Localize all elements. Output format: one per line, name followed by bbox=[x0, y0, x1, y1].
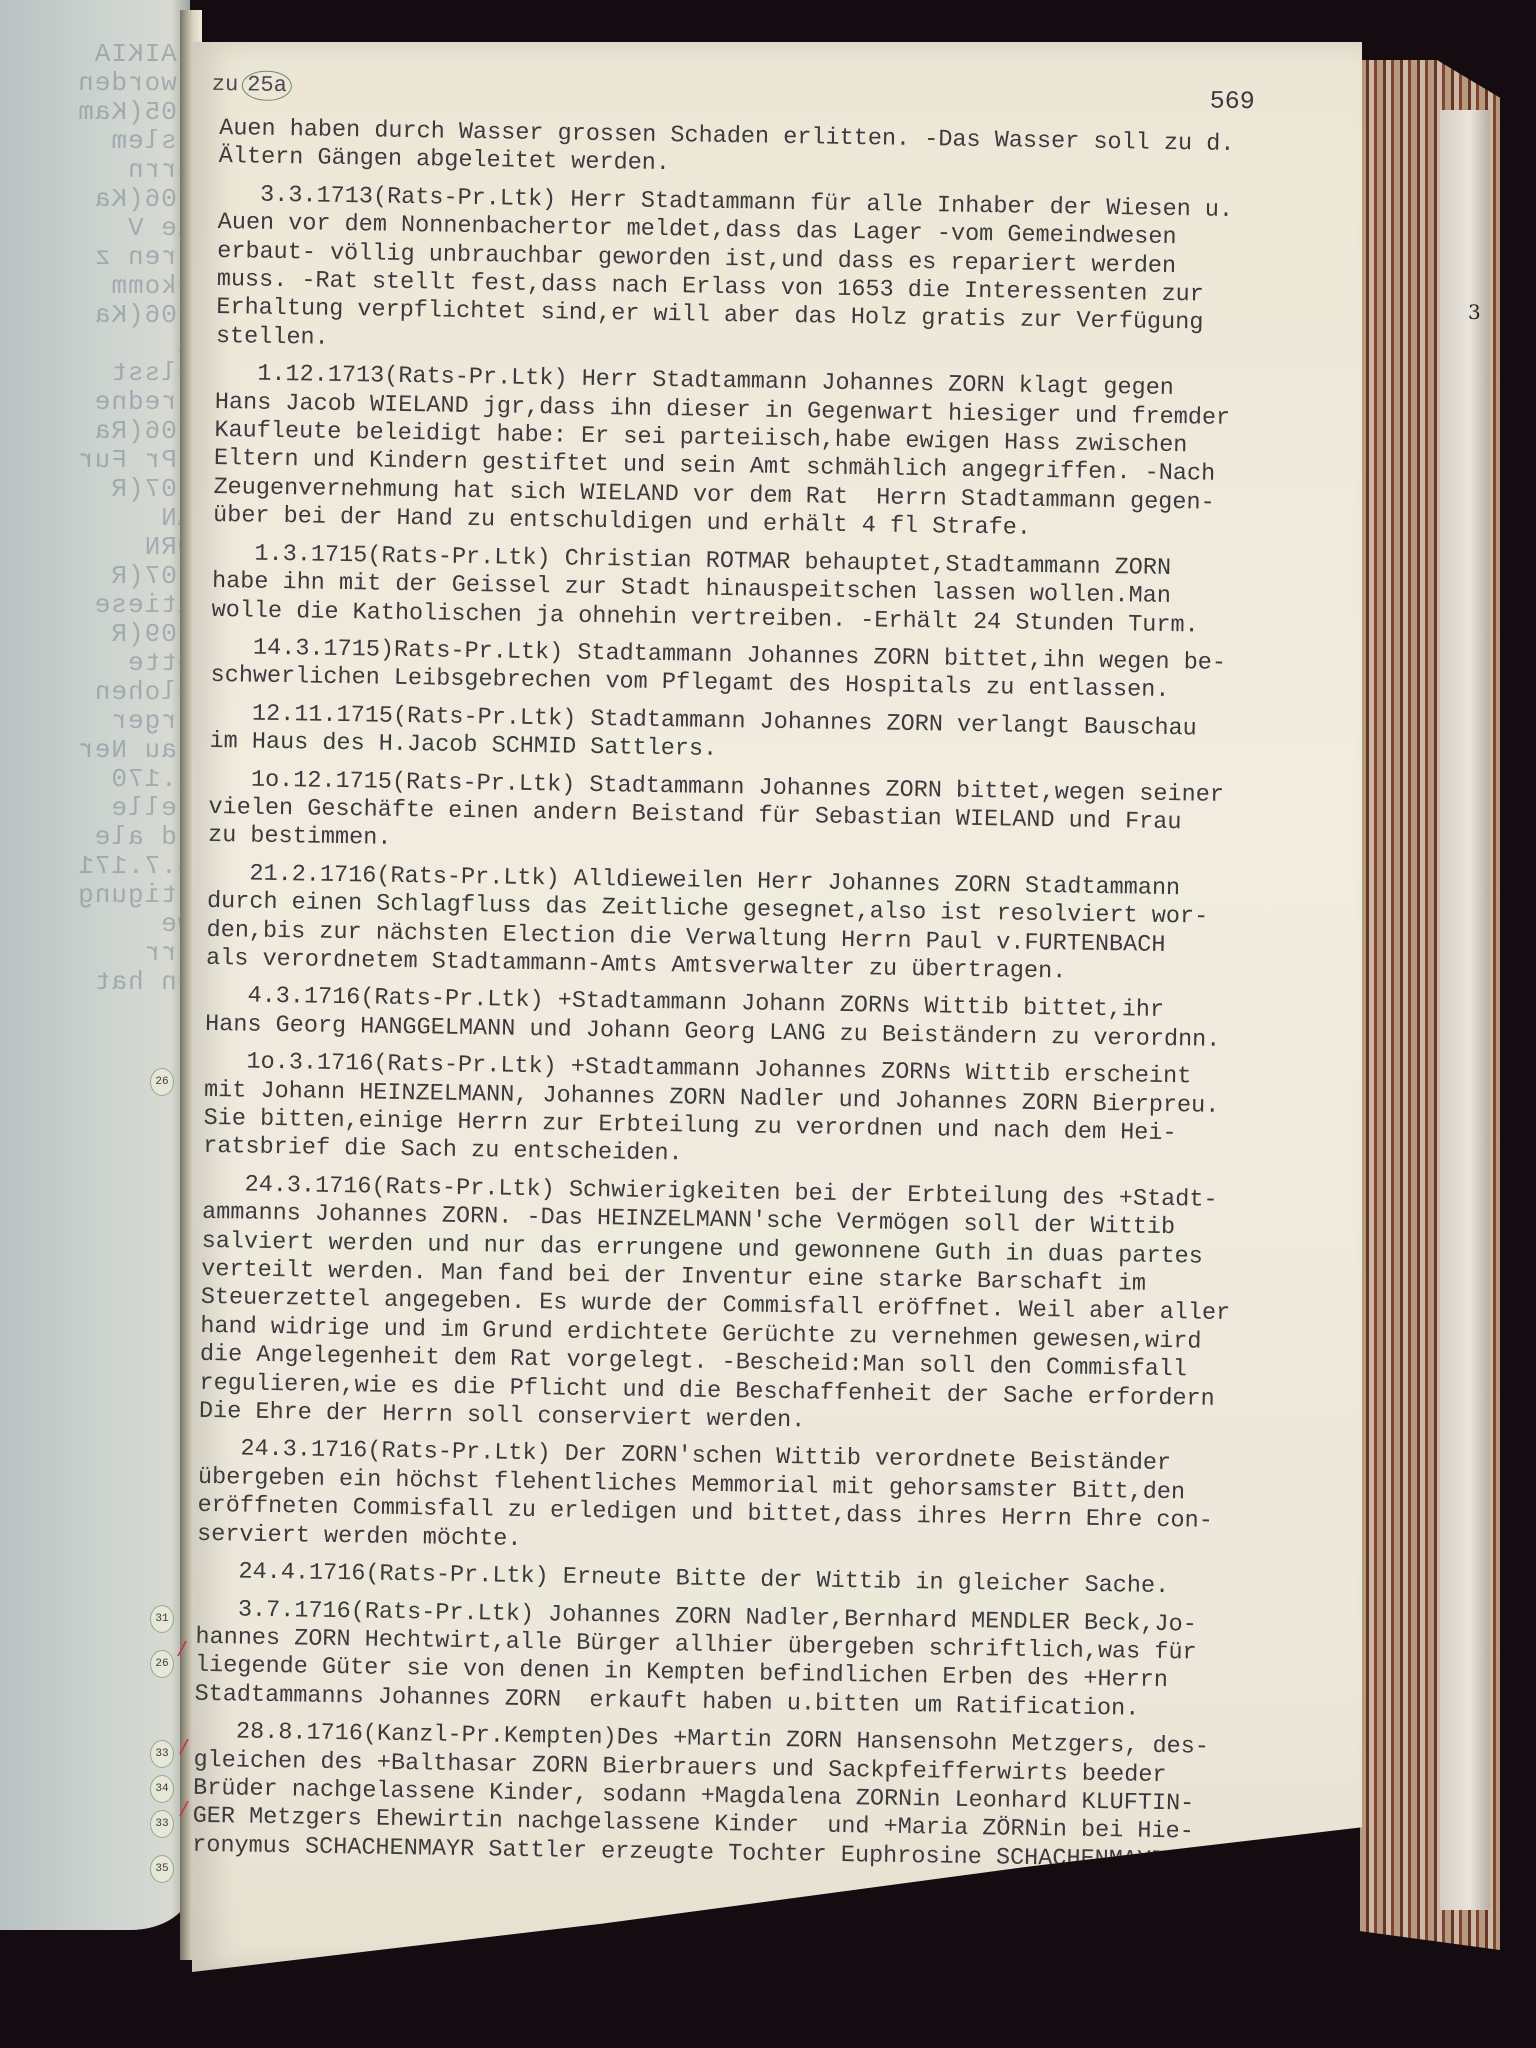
red-check-mark-icon: / bbox=[178, 1738, 190, 1761]
margin-annotation: 34 bbox=[150, 1775, 174, 1803]
margin-annotation: 31 bbox=[150, 1605, 174, 1633]
document-page: zu25a 569 Auen haben durch Wasser grosse… bbox=[192, 42, 1362, 1972]
document-entry: 24.3.1716(Rats-Pr.Ltk) Der ZORN'schen Wi… bbox=[197, 1435, 1324, 1566]
document-entry: 1.12.1713(Rats-Pr.Ltk) Herr Stadtammann … bbox=[213, 360, 1341, 548]
document-entry: 14.3.1715)Rats-Pr.Ltk) Stadtammann Johan… bbox=[210, 634, 1336, 708]
entry-date-source: 14.3.1715)Rats-Pr.Ltk) bbox=[253, 634, 564, 666]
entry-text: zu bestimmen. bbox=[208, 822, 392, 852]
entry-text: stellen. bbox=[216, 323, 329, 352]
page-number: 569 bbox=[1209, 88, 1254, 117]
page-edge-tab bbox=[1440, 110, 1490, 1910]
document-entry: 3.3.1713(Rats-Pr.Ltk) Herr Stadtammann f… bbox=[216, 181, 1344, 369]
document-entry: 24.3.1716(Rats-Pr.Ltk) Schwierigkeiten b… bbox=[199, 1171, 1328, 1444]
entry-date-source: 3.3.1713(Rats-Pr.Ltk) bbox=[260, 181, 557, 213]
entry-date-source: 1.12.1713(Rats-Pr.Ltk) bbox=[257, 361, 568, 393]
facing-page-bleed-through-text: e AIKIA n worden 1705(Kam ptslem Herrn 1… bbox=[0, 40, 190, 997]
document-entry: 3.7.1716(Rats-Pr.Ltk) Johannes ZORN Nadl… bbox=[194, 1595, 1321, 1726]
document-entry: 21.2.1716(Rats-Pr.Ltk) Alldieweilen Herr… bbox=[206, 860, 1333, 991]
entry-text: Ältern Gängen abgeleitet werden. bbox=[219, 143, 671, 177]
document-entry: 1o.3.1716(Rats-Pr.Ltk) +Stadtammann Joha… bbox=[203, 1048, 1330, 1179]
entry-date-source: 4.3.1716(Rats-Pr.Ltk) bbox=[247, 983, 544, 1015]
entry-text: serviert werden möchte. bbox=[197, 1521, 522, 1553]
document-entry: 28.8.1716(Kanzl-Pr.Kempten)Des +Martin Z… bbox=[192, 1718, 1319, 1878]
document-entry: 4.3.1716(Rats-Pr.Ltk) +Stadtammann Johan… bbox=[205, 982, 1331, 1056]
entries-list: Auen haben durch Wasser grossen Schaden … bbox=[192, 115, 1344, 1878]
entry-date-source: 24.4.1716(Rats-Pr.Ltk) bbox=[238, 1559, 549, 1591]
entry-date-source: 24.3.1716(Rats-Pr.Ltk) bbox=[240, 1436, 551, 1468]
red-check-mark-icon: / bbox=[178, 1800, 190, 1823]
entry-date-source: 1o.3.1716(Rats-Pr.Ltk) bbox=[246, 1049, 557, 1081]
entry-date-source: 1o.12.1715(Rats-Pr.Ltk) bbox=[251, 766, 576, 798]
entry-date-source: 24.3.1716(Rats-Pr.Ltk) bbox=[244, 1171, 555, 1203]
facing-left-page: e AIKIA n worden 1705(Kam ptslem Herrn 1… bbox=[0, 0, 190, 1930]
document-entry: 1.3.1715(Rats-Pr.Ltk) Christian ROTMAR b… bbox=[211, 540, 1337, 643]
entry-text: Erneute Bitte der Wittib in gleicher Sac… bbox=[549, 1563, 1170, 1600]
margin-annotation: 26 bbox=[150, 1068, 174, 1096]
circled-reference: 25a bbox=[242, 70, 292, 101]
typewritten-text: zu25a 569 Auen haben durch Wasser grosse… bbox=[192, 76, 1345, 1878]
entry-date-source: 12.11.1715(Rats-Pr.Ltk) bbox=[252, 700, 577, 732]
reference-annotation: zu25a bbox=[212, 70, 292, 102]
entry-date-source: 1.3.1715(Rats-Pr.Ltk) bbox=[254, 540, 551, 572]
margin-annotation: 35 bbox=[150, 1855, 174, 1883]
entry-date-source: 3.7.1716(Rats-Pr.Ltk) bbox=[238, 1596, 535, 1628]
document-entry: Auen haben durch Wasser grossen Schaden … bbox=[218, 115, 1344, 189]
page-edge-handwritten-mark: 3 bbox=[1468, 300, 1481, 324]
entry-date-source: 21.2.1716(Rats-Pr.Ltk) bbox=[249, 860, 560, 892]
margin-annotation: 33 bbox=[150, 1810, 174, 1838]
red-check-mark-icon: / bbox=[176, 1640, 188, 1663]
margin-annotation: 26 bbox=[150, 1650, 174, 1678]
entry-date-source: 28.8.1716(Kanzl-Pr.Kempten) bbox=[236, 1719, 617, 1752]
margin-annotation: 33 bbox=[150, 1740, 174, 1768]
document-entry: 1o.12.1715(Rats-Pr.Ltk) Stadtammann Joha… bbox=[208, 765, 1334, 868]
document-entry: 12.11.1715(Rats-Pr.Ltk) Stadtammann Joha… bbox=[209, 700, 1335, 774]
